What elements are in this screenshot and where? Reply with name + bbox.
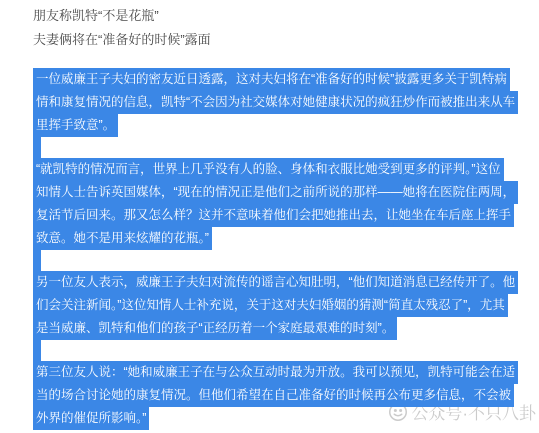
selected-blank-line-marker (33, 137, 41, 158)
selected-text-line[interactable]: 第三位友人说：“她和威廉王子在与公众互动时最为开放。我可以预见，凯特可能会在适 (33, 361, 518, 384)
selected-text-line[interactable]: 里挥手致意”。 (33, 114, 118, 137)
selected-text-line[interactable]: 复活节后回来。那又怎么样？这并不意味着他们会把她推出去，让她坐在车后座上挥手 (33, 204, 514, 227)
selected-text-line[interactable]: 致意。她不是用来炫耀的花瓶。” (33, 227, 212, 250)
selected-text-line[interactable]: 情和康复情况的信息，凯特“不会因为社交媒体对她健康状况的疯狂炒作而被推出来从车 (33, 91, 518, 114)
selected-text-line[interactable]: 知情人士告诉英国媒体，“现在的情况正是他们之前所说的那样——她将在医院住两周， (33, 181, 518, 204)
article-body: 一位威廉王子夫妇的密友近日透露，这对夫妇将在“准备好的时候”披露更多关于凯特病 … (33, 68, 518, 430)
selected-text-line[interactable]: 一位威廉王子夫妇的密友近日透露，这对夫妇将在“准备好的时候”披露更多关于凯特病 (33, 68, 510, 91)
headline: 朋友称凯特“不是花瓶” (33, 4, 159, 28)
paragraph: 第三位友人说：“她和威廉王子在与公众互动时最为开放。我可以预见，凯特可能会在适 … (33, 361, 518, 430)
article-page: 公众号·不只八卦 朋友称凯特“不是花瓶” 夫妻俩将在“准备好的时候”露面 一位威… (0, 0, 539, 433)
selected-text-line[interactable]: 外界的催促所影响。” (33, 407, 149, 430)
paragraph: 另一位友人表示，威廉王子夫妇对流传的谣言心知肚明，“他们知道消息已经传开了。他 … (33, 271, 518, 340)
selected-text-line[interactable]: 们会关注新闻。”这位知情人士补充说，关于这对夫妇婚姻的猜测“简直太残忍了”，尤其 (33, 294, 508, 317)
selected-text-line[interactable]: 是当威廉、凯特和他们的孩子“正经历着一个家庭最艰难的时刻”。 (33, 317, 397, 340)
selected-text-line[interactable]: “就凯特的情况而言，世界上几乎没有人的脸、身体和衣服比她受到更多的评判。”这位 (33, 158, 504, 181)
selected-blank-line-marker (33, 340, 41, 361)
selected-blank-line-marker (33, 250, 41, 271)
selected-text-line[interactable]: 当的场合讨论她的康复情况。但他们希望在自己准备好的时候再公布更多信息，不会被 (33, 384, 514, 407)
paragraph: 一位威廉王子夫妇的密友近日透露，这对夫妇将在“准备好的时候”披露更多关于凯特病 … (33, 68, 518, 137)
selected-text-line[interactable]: 另一位友人表示，威廉王子夫妇对流传的谣言心知肚明，“他们知道消息已经传开了。他 (33, 271, 518, 294)
article-content: 朋友称凯特“不是花瓶” 夫妻俩将在“准备好的时候”露面 一位威廉王子夫妇的密友近… (33, 4, 518, 430)
subheadline: 夫妻俩将在“准备好的时候”露面 (33, 28, 211, 52)
paragraph: “就凯特的情况而言，世界上几乎没有人的脸、身体和衣服比她受到更多的评判。”这位 … (33, 158, 518, 250)
